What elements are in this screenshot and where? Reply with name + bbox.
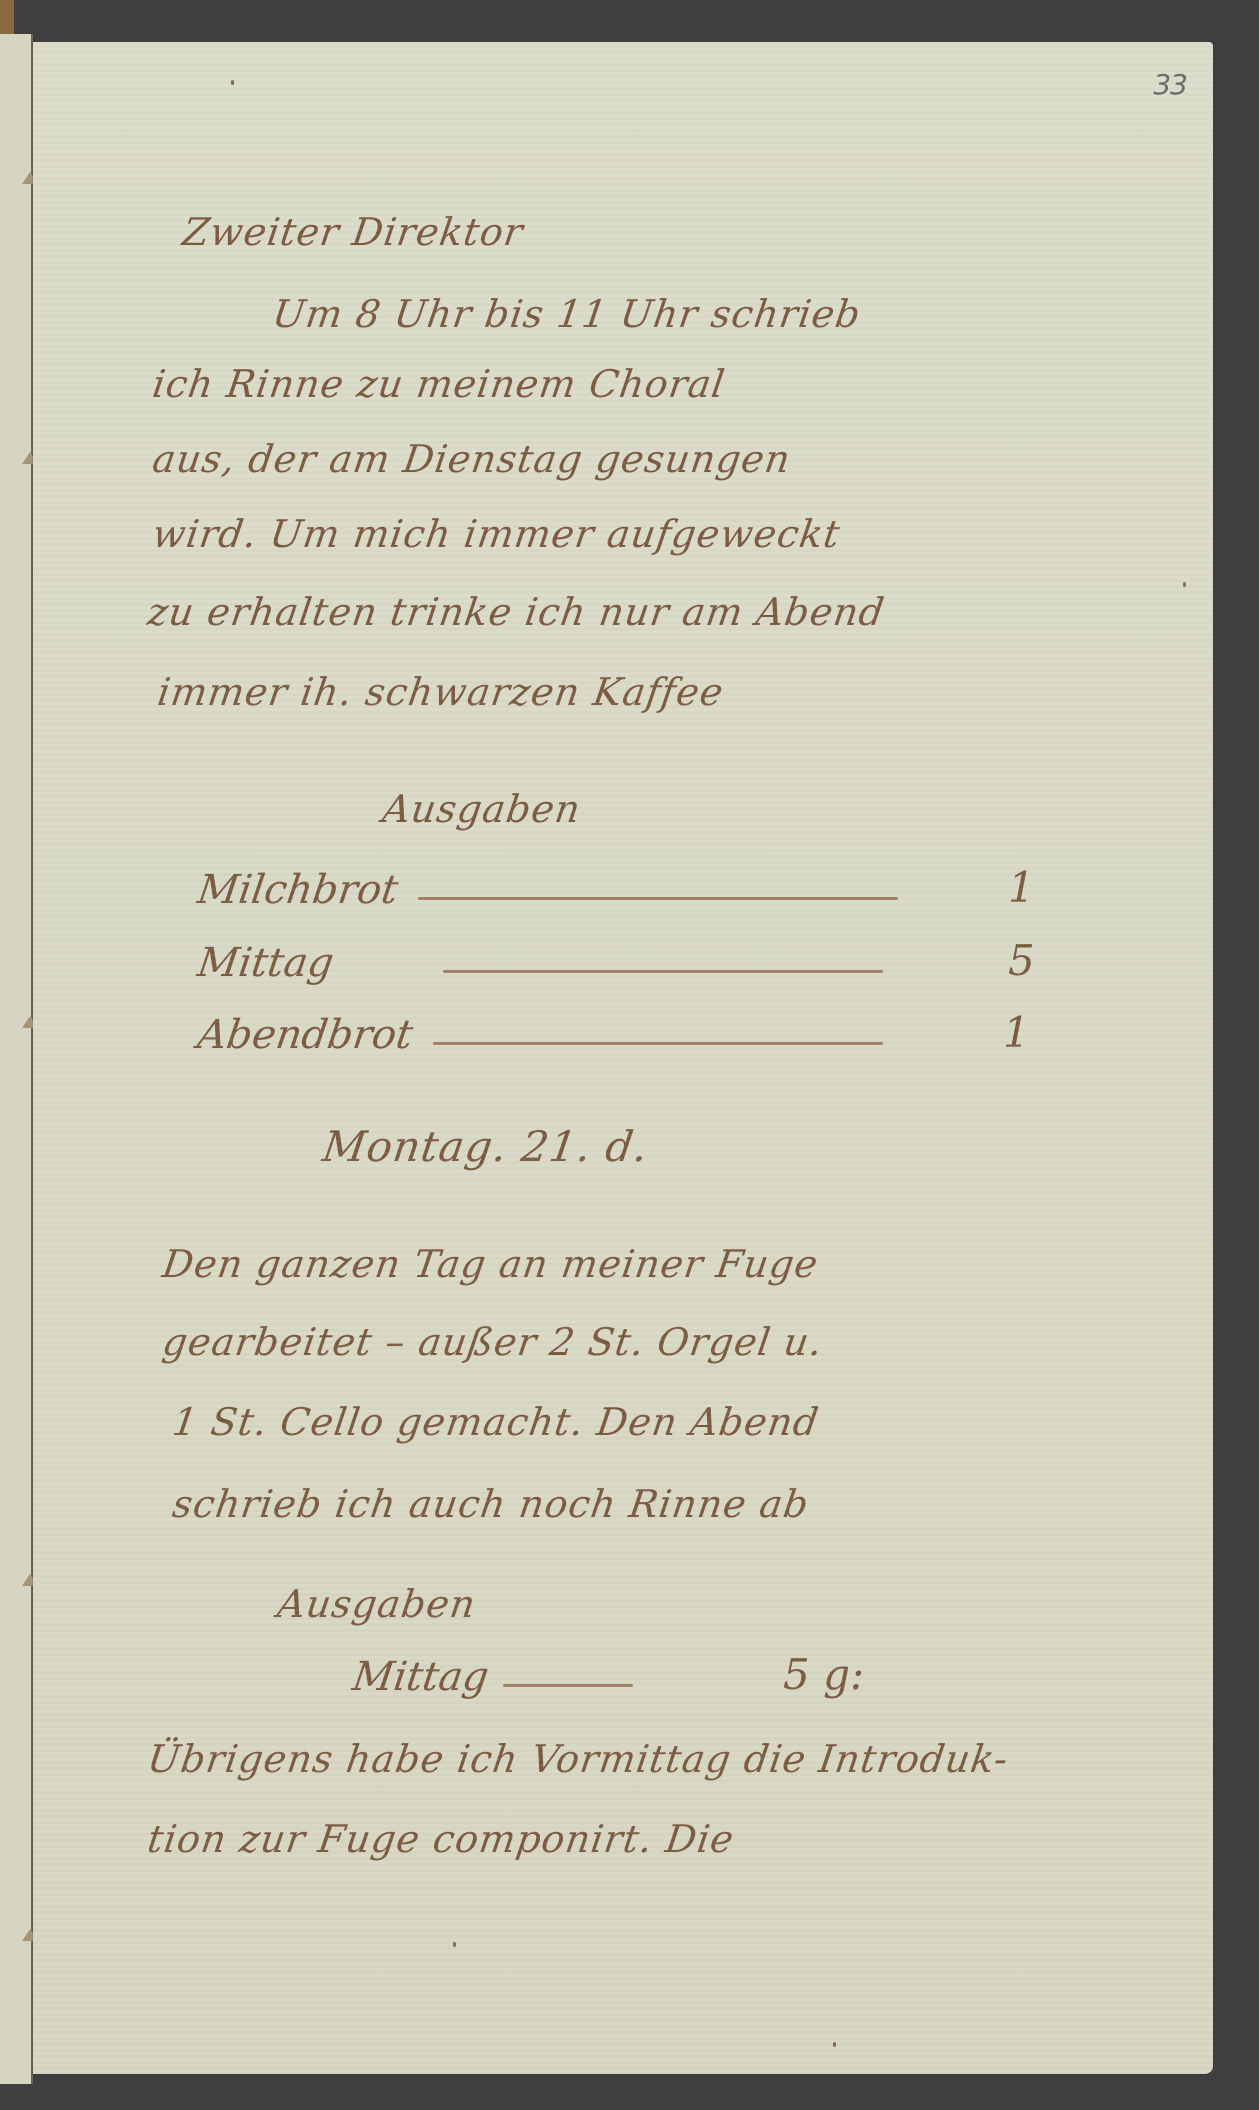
ink-speck: [453, 1942, 456, 1947]
ink-speck: [833, 2042, 836, 2047]
expense-amount: 5: [1008, 936, 1035, 985]
entry-heading: Zweiter Direktor: [180, 210, 526, 254]
folio-number: 33: [1153, 68, 1187, 101]
expense-item: Milchbrot: [195, 867, 401, 913]
text-line: 1 St. Cello gemacht. Den Abend: [170, 1400, 822, 1444]
leader-line: [503, 1684, 633, 1687]
ink-speck: [1183, 582, 1186, 587]
expense-row: Mittag 5 g:: [353, 1654, 953, 1710]
expenses-label: Ausgaben: [380, 787, 584, 831]
leader-line: [418, 897, 898, 900]
text-line: Den ganzen Tag an meiner Fuge: [160, 1242, 821, 1286]
ink-speck: [231, 80, 234, 85]
expense-item: Abendbrot: [195, 1012, 416, 1058]
manuscript-page: 33 Zweiter Direktor Um 8 Uhr bis 11 Uhr …: [33, 42, 1213, 2074]
expense-amount: 1: [1008, 863, 1035, 912]
text-line: immer ih. schwarzen Kaffee: [155, 670, 727, 714]
text-line: schrieb ich auch noch Rinne ab: [170, 1482, 812, 1526]
leader-line: [433, 1042, 883, 1045]
expense-row: Milchbrot 1: [198, 867, 1098, 923]
text-line: Um 8 Uhr bis 11 Uhr schrieb: [270, 292, 864, 336]
text-line: zu erhalten trinke ich nur am Abend: [145, 590, 888, 634]
text-line: aus, der am Dienstag gesungen: [150, 437, 794, 481]
expenses-label: Ausgaben: [275, 1582, 479, 1626]
expense-row: Abendbrot 1: [198, 1012, 1098, 1068]
text-line: ich Rinne zu meinem Choral: [150, 362, 728, 406]
date-heading: Montag. 21. d.: [320, 1122, 652, 1171]
expense-amount: 1: [1003, 1008, 1030, 1057]
text-line: gearbeitet – außer 2 St. Orgel u.: [160, 1320, 826, 1364]
text-line: tion zur Fuge componirt. Die: [145, 1817, 737, 1861]
expense-item: Mittag: [350, 1654, 492, 1700]
leader-line: [443, 970, 883, 973]
expense-row: Mittag 5: [198, 940, 1098, 996]
expense-amount: 5 g:: [783, 1650, 864, 1699]
text-line: wird. Um mich immer aufgeweckt: [150, 512, 843, 556]
text-line: Übrigens habe ich Vormittag die Introduk…: [145, 1737, 1011, 1781]
expense-item: Mittag: [195, 940, 337, 986]
facing-page-edge: [0, 34, 33, 2084]
